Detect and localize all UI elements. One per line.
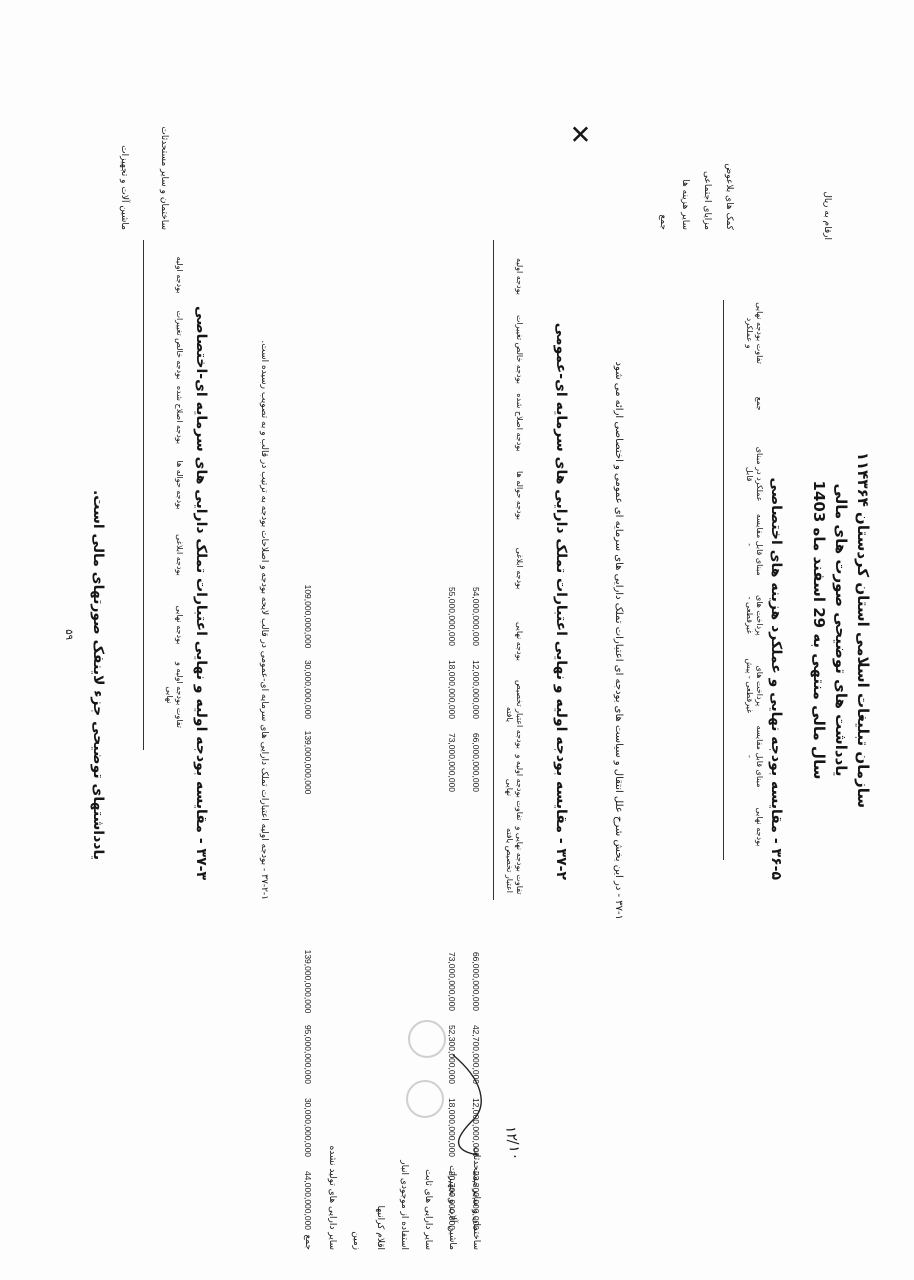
row-label: استفاده از موجودی انبار (399, 1120, 409, 1250)
section-37-3-row-labels: ساختمان و سایر مستحدثاتماشین آلات و تجهی… (89, 70, 169, 230)
row-label: جمع (646, 80, 668, 230)
row-label: زمین (351, 1120, 361, 1250)
table-row: اقلام کرانبها (368, 240, 392, 1240)
section-37-1-note: ۳۷-۱ - در این بخش شرح علل انتقال و سیاست… (613, 362, 624, 920)
cell-value (447, 799, 457, 872)
cell-value (471, 872, 481, 945)
section-36-5-row-labels: کمک های بلاعوضمزایای اجتماعیسایر هزینه ه… (646, 80, 734, 230)
column-header: بودجه نهایی (504, 605, 524, 678)
cell-value: 139,000,000,000 (303, 726, 313, 799)
cell-value: 54,000,000,000 (471, 580, 481, 653)
cell-value: 66,000,000,000 (471, 726, 481, 799)
section-37-2-header-row: بودجه اولیهبودجه خالص تغییراتبودجه اصلاح… (504, 240, 524, 900)
notes-title: یادداشت های توضیحی صورت های مالی (830, 420, 852, 840)
row-label: اقلام کرانبها (375, 1120, 385, 1250)
column-header: جمع (744, 371, 764, 437)
column-header: تفاوت بودجه اولیه و نهایی (504, 751, 524, 824)
section-36-5-title: ۳۶-۵ - مقایسه بودجه نهایی و عملکرد هزینه… (768, 477, 784, 880)
cell-value: 109,000,000,000 (303, 580, 313, 653)
section-37-3-header-row: بودجه اولیهبودجه خالص تغییراتبودجه اصلاح… (164, 240, 184, 740)
cell-value (471, 799, 481, 872)
row-label: مزایای اجتماعی (690, 80, 712, 230)
column-header: بودجه اعتبار تخصیص یافته (504, 678, 524, 751)
cell-value: 73,000,000,000 (447, 945, 457, 1018)
column-header: تفاوت بودجه نهایی و عملکرد (744, 300, 764, 366)
cell-value: 139,000,000,000 (303, 945, 313, 1018)
scanned-document-page: سازمان تبلیغات اسلامی استان کردستان ۱۱۴۳… (0, 0, 914, 1280)
handwritten-x-mark: ✕ (564, 123, 594, 145)
column-header: مبنای قابل مقایسه - (744, 512, 764, 578)
row-label: سایر دارایی های تولید نشده (327, 1120, 337, 1250)
column-header: تفاوت بودجه اولیه و نهایی (164, 660, 184, 730)
column-header: بودجه اصلاح شده (164, 380, 184, 450)
row-label: سایر هزینه ها (668, 80, 690, 230)
row-label: ساختمان و سایر مستحدثات (129, 70, 169, 230)
column-header: بودجه نهایی (744, 794, 764, 860)
row-label: ماشین آلات و تجهیزات (89, 70, 129, 230)
cell-value: 55,000,000,000 (447, 580, 457, 653)
column-header: بودجه اولیه (164, 240, 184, 310)
column-header: بودجه حواله ها (504, 459, 524, 532)
column-header: بودجه نهایی (164, 590, 184, 660)
column-header: تفاوت بودجه نهایی و اعتبار تخصیص یافته (504, 824, 524, 897)
row-label: جمع (303, 1120, 313, 1250)
row-label: کمک های بلاعوض (712, 80, 734, 230)
handwritten-signature: ۱۲/۱۰ (434, 1050, 514, 1160)
org-title: سازمان تبلیغات اسلامی استان کردستان ۱۱۴۳… (852, 420, 874, 840)
section-37-3-title: ۳۷-۳ - مقایسه بودجه اولیه و نهایی اعتبار… (193, 306, 209, 880)
document-header: سازمان تبلیغات اسلامی استان کردستان ۱۱۴۳… (808, 420, 874, 840)
column-header: بودجه خالص تغییرات (504, 313, 524, 386)
cell-value: 73,000,000,000 (447, 726, 457, 799)
section-37-2-title: ۳۷-۲ - مقایسه بودجه اولیه و نهایی اعتبار… (553, 323, 569, 880)
table-rule (143, 240, 144, 750)
signature-stroke-icon (438, 1050, 498, 1160)
table-row: استفاده از موجودی انبار (392, 240, 416, 1240)
cell-value: 12,000,000,000 (471, 653, 481, 726)
table-row: 109,000,000,00030,000,000,000139,000,000… (296, 240, 320, 1240)
column-header: بودجه ابلاغی (504, 532, 524, 605)
column-header: پرداخت های غیرقطعی - پیش (744, 653, 764, 719)
column-header: عملکرد در مبنای قابل (744, 441, 764, 507)
cell-value (303, 872, 313, 945)
cell-value: 66,000,000,000 (471, 945, 481, 1018)
cell-value (303, 799, 313, 872)
column-header: پرداخت های غیرقطعی - (744, 582, 764, 648)
table-rule (723, 300, 724, 860)
page-number: ۵۹ (63, 629, 74, 640)
footer-statement: یادداشتهای توضیحی جزء لاینفک صورتهای مال… (90, 490, 106, 860)
column-header: بودجه ابلاغی (164, 520, 184, 590)
cell-value: 18,000,000,000 (447, 653, 457, 726)
table-rule (493, 240, 494, 900)
section-36-5-header-row: بودجه نهاییمبنای قابل مقایسه -پرداخت های… (744, 300, 764, 860)
column-header: بودجه حواله ها (164, 450, 184, 520)
period-title: سال مالی منتهی به 29 اسفند ماه 1403 (808, 420, 830, 840)
column-header: بودجه اولیه (504, 240, 524, 313)
unit-label: ارقام به ریال (822, 191, 832, 240)
column-header: بودجه اصلاح شده (504, 386, 524, 459)
table-row: زمین (344, 240, 368, 1240)
column-header: مبنای قابل مقایسه - (744, 723, 764, 789)
table-row: سایر دارایی های تولید نشده (320, 240, 344, 1240)
column-header: بودجه خالص تغییرات (164, 310, 184, 380)
cell-value: 30,000,000,000 (303, 653, 313, 726)
row-label: سایر دارایی های ثابت (423, 1120, 433, 1250)
cell-value (447, 872, 457, 945)
cell-value: 95,000,000,000 (303, 1018, 313, 1091)
section-37-2-1-footnote: ۳۷-۲-۱ - بودجه اولیه اعتبارات تملک دارای… (259, 340, 269, 900)
